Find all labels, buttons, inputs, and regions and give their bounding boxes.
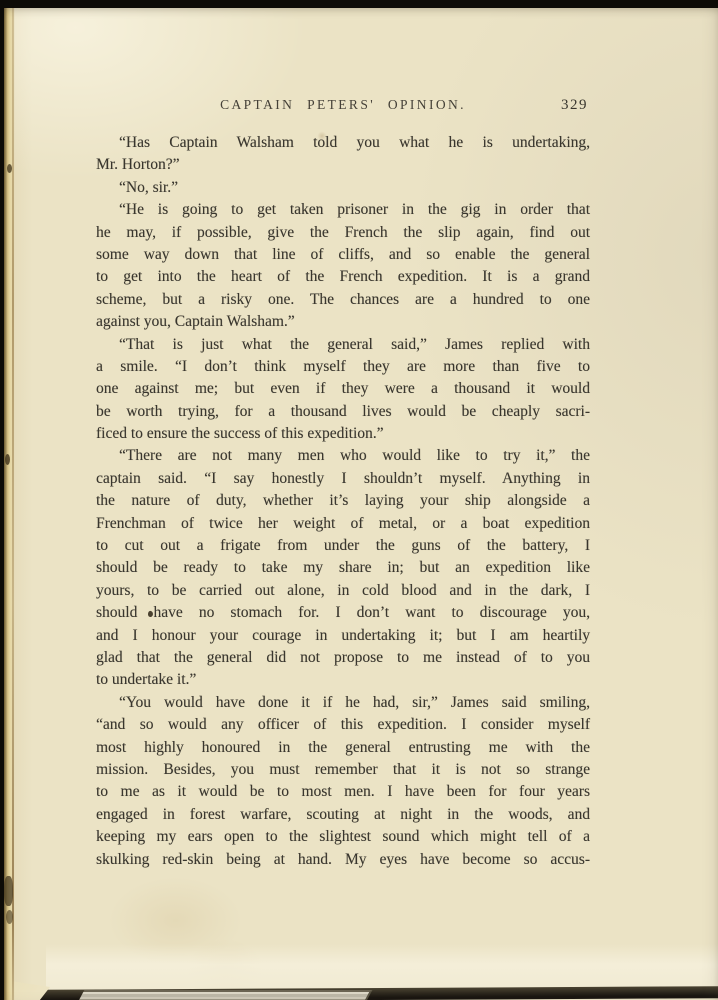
text-line: “That is just what the general said,” Ja… bbox=[96, 334, 590, 356]
edge-nick-mark bbox=[6, 910, 13, 924]
edge-nick-mark bbox=[4, 876, 13, 906]
text-line: skulking red-skin being at hand. My eyes… bbox=[96, 849, 590, 871]
text-line: “He is going to get taken prisoner in th… bbox=[96, 199, 590, 221]
edge-nick-mark bbox=[5, 454, 10, 465]
text-line: keeping my ears open to the slightest so… bbox=[96, 826, 590, 848]
next-page-edge-highlight bbox=[46, 944, 718, 990]
text-line: Frenchman of twice her weight of metal, … bbox=[96, 513, 590, 535]
text-line: “There are not many men who would like t… bbox=[96, 445, 590, 467]
book-scan: CAPTAIN PETERS' OPINION. 329 “Has Captai… bbox=[0, 0, 718, 1000]
text-lines: “Has Captain Walsham told you what he is… bbox=[96, 132, 590, 871]
text-line: should have no stomach for. I don’t want… bbox=[96, 602, 590, 624]
text-line: some way down that line of cliffs, and s… bbox=[96, 244, 590, 266]
text-line: he may, if possible, give the French the… bbox=[96, 222, 590, 244]
text-line: “No, sir.” bbox=[96, 177, 590, 199]
text-line: most highly honoured in the general entr… bbox=[96, 737, 590, 759]
text-line: “Has Captain Walsham told you what he is… bbox=[96, 132, 590, 154]
text-line: should be ready to take my share in; but… bbox=[96, 557, 590, 579]
text-line: glad that the general did not propose to… bbox=[96, 647, 590, 669]
text-line: the nature of duty, whether it’s laying … bbox=[96, 490, 590, 512]
text-line: to cut out a frigate from under the guns… bbox=[96, 535, 590, 557]
page-number: 329 bbox=[561, 96, 588, 114]
text-line: Mr. Horton?” bbox=[96, 154, 590, 176]
text-line: yours, to be carried out alone, in cold … bbox=[96, 580, 590, 602]
text-line: ficed to ensure the success of this expe… bbox=[96, 423, 590, 445]
text-line: to undertake it.” bbox=[96, 669, 590, 691]
text-line: scheme, but a risky one. The chances are… bbox=[96, 289, 590, 311]
text-line: a smile. “I don’t think myself they are … bbox=[96, 356, 590, 378]
text-line: one against me; but even if they were a … bbox=[96, 378, 590, 400]
text-line: to me as it would be to most men. I have… bbox=[96, 781, 590, 803]
text-line: be worth trying, for a thousand lives wo… bbox=[96, 401, 590, 423]
text-line: captain said. “I say honestly I shouldn’… bbox=[96, 468, 590, 490]
text-block: CAPTAIN PETERS' OPINION. 329 “Has Captai… bbox=[96, 96, 590, 871]
text-line: to get into the heart of the French expe… bbox=[96, 266, 590, 288]
text-line: mission. Besides, you must remember that… bbox=[96, 759, 590, 781]
running-title: CAPTAIN PETERS' OPINION. bbox=[96, 96, 590, 114]
page-header: CAPTAIN PETERS' OPINION. 329 bbox=[96, 96, 590, 114]
text-line: and I honour your courage in undertaking… bbox=[96, 625, 590, 647]
book-page: CAPTAIN PETERS' OPINION. 329 “Has Captai… bbox=[4, 8, 718, 1000]
text-line: “and so would any officer of this expedi… bbox=[96, 714, 590, 736]
text-line: “You would have done it if he had, sir,”… bbox=[96, 692, 590, 714]
page-stack-edge bbox=[78, 990, 372, 1000]
text-line: engaged in forest warfare, scouting at n… bbox=[96, 804, 590, 826]
edge-nick-mark bbox=[7, 164, 12, 173]
binding-crease-line bbox=[12, 8, 14, 1000]
text-line: against you, Captain Walsham.” bbox=[96, 311, 590, 333]
